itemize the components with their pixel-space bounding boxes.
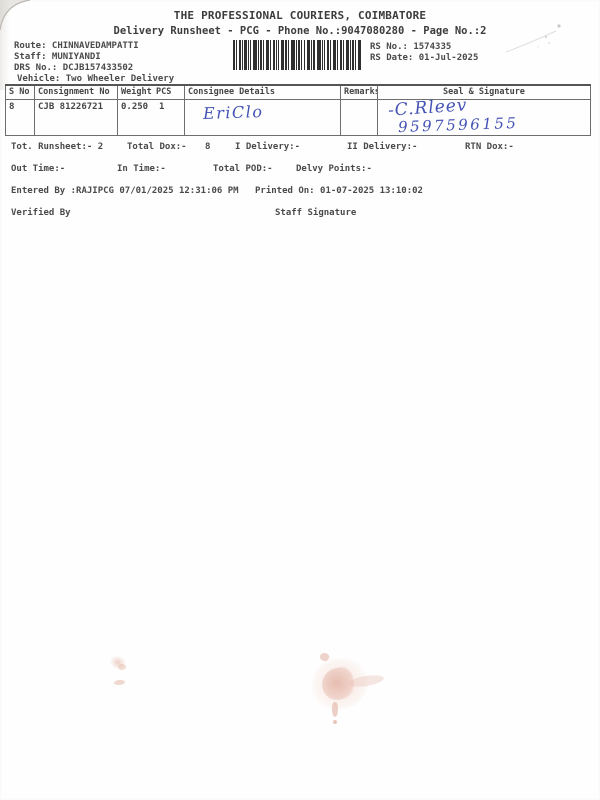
tot-runsheet-label: Tot. Runsheet:- 2 [11,142,103,152]
col-header-weight: Weight [121,87,152,97]
rs-date-line: RS Date: 01-Jul-2025 [370,53,478,63]
delvy-points-label: Delvy Points:- [296,164,372,174]
col-header-seal-signature: Seal & Signature [378,85,591,100]
col-header-consignment-no: Consignment No [35,85,118,100]
total-pod-label: Total POD:- [213,164,273,174]
stain-small [106,652,138,690]
col-header-pcs: PCS [156,87,171,97]
cell-remarks [341,100,378,136]
pencil-mark [500,10,590,65]
col-header-consignee: Consignee Details [185,85,341,100]
col-header-remarks: Remarks [341,85,378,100]
route-line: Route: CHINNAVEDAMPATTI [14,41,139,51]
total-dox-label: Total Dox:- [127,142,187,152]
staff-line: Staff: MUNIYANDI [14,52,101,62]
col-header-weight-pcs: Weight PCS [118,85,185,100]
out-time-label: Out Time:- [11,164,65,174]
rtn-dox-label: RTN Dox:- [465,142,514,152]
staff-signature-label: Staff Signature [275,208,356,218]
drs-no-line: DRS No.: DCJB157433502 [14,63,133,73]
cell-weight-pcs: 0.250 1 [118,100,185,136]
col-header-s-no: S No [6,85,35,100]
rs-barcode [233,40,361,70]
runsheet-scan-page: THE PROFESSIONAL COURIERS, COIMBATORE De… [0,0,600,800]
in-time-label: In Time:- [117,164,166,174]
vehicle-line: Vehicle: Two Wheeler Delivery [17,74,174,84]
i-delivery-label: I Delivery:- [235,142,300,152]
cell-weight: 0.250 [121,102,148,112]
cell-consignment-no: CJB 81226721 [35,100,118,136]
verified-by-label: Verified By [11,208,71,218]
stain-large [312,650,384,728]
cell-s-no: 8 [6,100,35,136]
cell-pcs: 1 [159,102,164,112]
total-dox-value: 8 [205,142,210,152]
entered-by-line: Entered By :RAJIPCG 07/01/2025 12:31:06 … [11,186,239,196]
printed-on-line: Printed On: 01-07-2025 13:10:02 [255,186,423,196]
ii-delivery-label: II Delivery:- [347,142,417,152]
rs-no-line: RS No.: 1574335 [370,42,451,52]
consignee-handwriting: EriClo [203,102,264,123]
table-header-row: S No Consignment No Weight PCS Consignee… [6,85,591,100]
